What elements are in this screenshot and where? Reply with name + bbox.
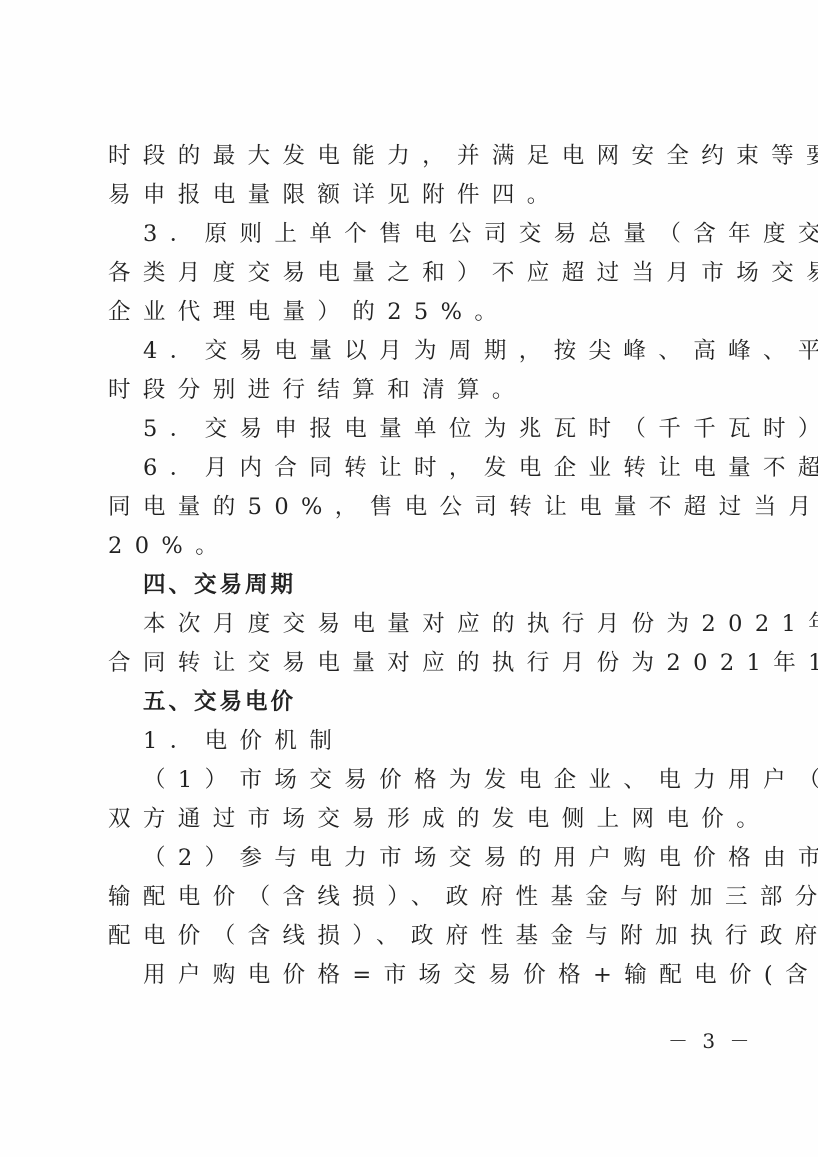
- paragraph-line: 配电价（含线损）、政府性基金与附加执行政府规定，即：: [108, 921, 738, 951]
- document-page: 时段的最大发电能力，并满足电网安全约束等要求。发电企业交 易申报电量限额详见附件…: [0, 0, 818, 1157]
- section-heading-trading-price: 五、交易电价: [143, 687, 773, 717]
- paragraph-line: 同电量的50%，售电公司转让电量不超过当月市场合同电量的: [108, 492, 738, 522]
- paragraph-line: 4．交易电量以月为周期，按尖峰、高峰、平段、低谷四个: [143, 336, 773, 366]
- subsection-heading-price-mechanism: 1．电价机制: [143, 726, 773, 756]
- paragraph-line: 时段的最大发电能力，并满足电网安全约束等要求。发电企业交: [108, 141, 738, 171]
- paragraph-line: 双方通过市场交易形成的发电侧上网电价。: [108, 804, 738, 834]
- paragraph-line: 6．月内合同转让时，发电企业转让电量不超过当月市场合: [143, 453, 773, 483]
- paragraph-line: 时段分别进行结算和清算。: [108, 375, 738, 405]
- paragraph-line: 各类月度交易电量之和）不应超过当月市场交易总量（不含电网: [108, 258, 738, 288]
- section-heading-trading-period: 四、交易周期: [143, 570, 773, 600]
- paragraph-line: 20%。: [108, 531, 738, 561]
- page-number: － 3 －: [668, 1025, 753, 1054]
- paragraph-line: 易申报电量限额详见附件四。: [108, 180, 738, 210]
- paragraph-line: 企业代理电量）的25%。: [108, 297, 738, 327]
- paragraph-line: 输配电价（含线损）、政府性基金与附加三部分组成。其中，输: [108, 882, 738, 912]
- paragraph-line: 本次月度交易电量对应的执行月份为2021年12月。月内: [143, 609, 773, 639]
- paragraph-line: 5．交易申报电量单位为兆瓦时（千千瓦时），不保留小数。: [143, 414, 773, 444]
- paragraph-line: 用户购电价格=市场交易价格+输配电价(含线损)+政府性基: [143, 960, 773, 990]
- paragraph-line: 3．原则上单个售电公司交易总量（含年度交易分月电量和: [143, 219, 773, 249]
- paragraph-line: （2）参与电力市场交易的用户购电价格由市场交易价格、: [143, 843, 773, 873]
- paragraph-line: （1）市场交易价格为发电企业、电力用户（含售电公司）: [143, 765, 773, 795]
- paragraph-line: 合同转让交易电量对应的执行月份为2021年11月。: [108, 648, 738, 678]
